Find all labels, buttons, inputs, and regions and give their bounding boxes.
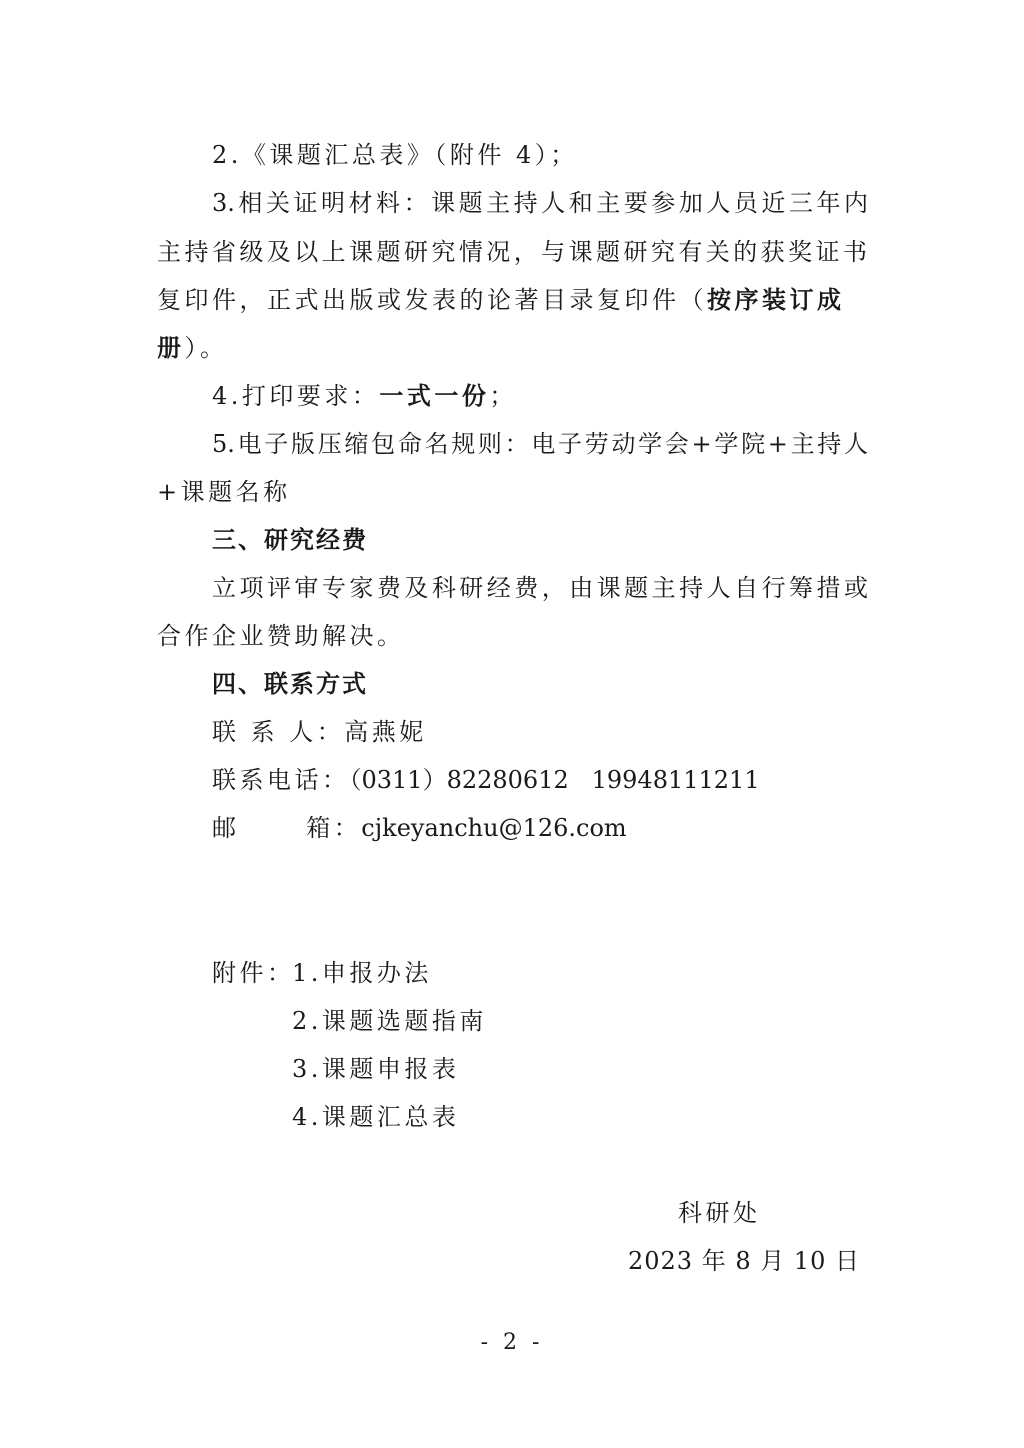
section-3-heading: 三、研究经费 [212, 525, 368, 555]
email-value: cjkeyanchu@126.com [361, 814, 626, 842]
item-3-line-1: 3.相关证明材料：课题主持人和主要参加人员近三年内 [212, 188, 868, 218]
signature-date: 2023 年 8 月 10 日 [628, 1246, 860, 1276]
item-3-line-3-text: 复印件，正式出版或发表的论著目录复印件（ [157, 286, 707, 314]
item-3-line-3: 复印件，正式出版或发表的论著目录复印件（按序装订成 [157, 285, 845, 315]
item-3-emphasis: 按序装订成 [707, 286, 845, 314]
email-label: 邮 箱： [212, 814, 361, 842]
contact-value: 高燕妮 [344, 718, 427, 746]
item-5-line-1: 5.电子版压缩包命名规则：电子劳动学会+学院+主持人 [212, 429, 868, 459]
item-5-line-2: +课题名称 [157, 477, 291, 507]
item-4-end: ； [489, 382, 517, 410]
signature-office: 科研处 [678, 1198, 761, 1228]
phone-label: 联系电话： [212, 766, 350, 794]
contact-person: 联 系 人：高燕妮 [212, 717, 427, 747]
attachment-item-3: 3.课题申报表 [292, 1054, 459, 1084]
item-3-emphasis-end: 册 [157, 334, 185, 362]
section-3-line-1: 立项评审专家费及科研经费，由课题主持人自行筹措或 [212, 573, 868, 603]
contact-phone: 联系电话：（0311）82280612 19948111211 [212, 765, 760, 795]
item-3-line-4-text: ）。 [185, 334, 228, 362]
item-4: 4.打印要求：一式一份； [212, 381, 517, 411]
contact-email: 邮 箱：cjkeyanchu@126.com [212, 813, 627, 843]
section-3-line-2: 合作企业赞助解决。 [157, 621, 405, 651]
item-4-label: 4.打印要求： [212, 382, 379, 410]
contact-label: 联 系 人： [212, 718, 344, 746]
item-2: 2.《课题汇总表》（附件 4）； [212, 140, 578, 170]
page-number: - 2 - [0, 1330, 1024, 1355]
attachments-label: 附件： [212, 958, 295, 988]
item-4-emphasis: 一式一份 [379, 382, 489, 410]
attachment-item-1: 1.申报办法 [292, 958, 432, 988]
attachment-item-2: 2.课题选题指南 [292, 1006, 487, 1036]
attachment-item-4: 4.课题汇总表 [292, 1102, 459, 1132]
item-3-line-2: 主持省级及以上课题研究情况，与课题研究有关的获奖证书 [157, 237, 867, 267]
phone-value: （0311）82280612 19948111211 [350, 766, 760, 794]
item-3-line-4: 册）。 [157, 333, 228, 363]
section-4-heading: 四、联系方式 [212, 669, 368, 699]
